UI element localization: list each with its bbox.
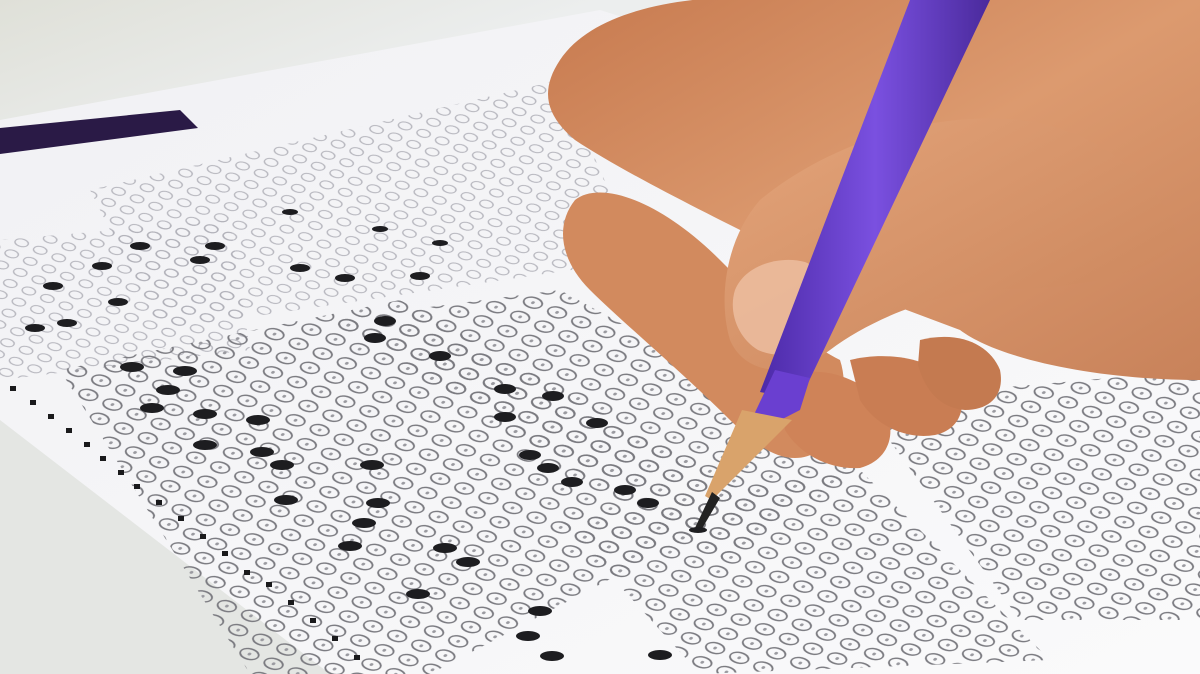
omr-sheet-illustration <box>0 0 1200 674</box>
photo-scene <box>0 0 1200 674</box>
